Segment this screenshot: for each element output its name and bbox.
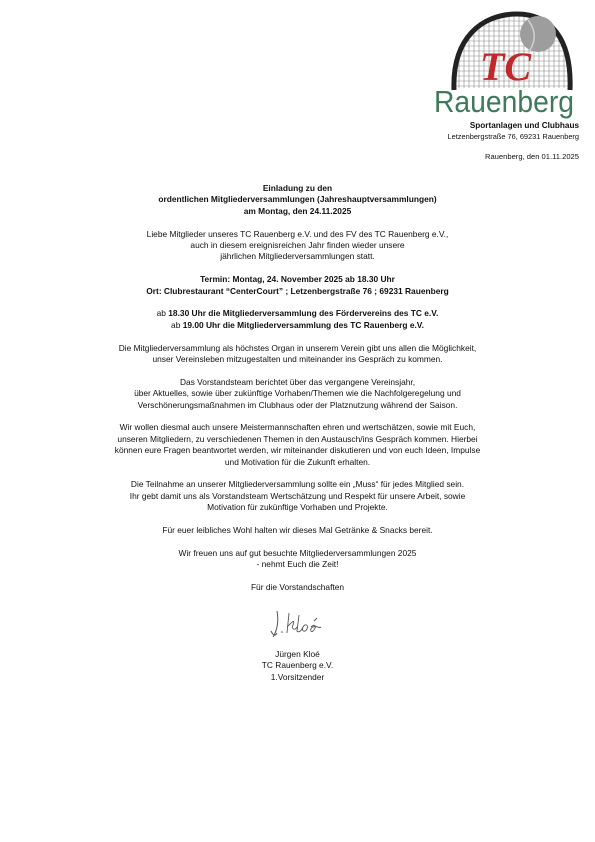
signatory: Jürgen Kloé TC Rauenberg e.V. 1.Vorsitze… (40, 649, 555, 683)
svg-text:Rauenberg: Rauenberg (434, 84, 574, 119)
body-paragraph: Die Mitgliederversammlung als höchstes O… (40, 343, 555, 366)
meeting-details: Termin: Montag, 24. November 2025 ab 18.… (40, 274, 555, 297)
meeting-schedule: ab 18.30 Uhr die Mitgliederversammlung d… (40, 308, 555, 331)
tennis-racket-logo-icon: TC Rauenberg (432, 8, 577, 120)
letter-title: Einladung zu den ordentlichen Mitglieder… (40, 183, 555, 217)
intro-paragraph: Liebe Mitglieder unseres TC Rauenberg e.… (40, 229, 555, 263)
body-paragraph: Die Teilnahme an unserer Mitgliederversa… (40, 479, 555, 513)
meeting-place: Ort: Clubrestaurant “CenterCourt” ; Letz… (40, 286, 555, 297)
body-paragraphs: Die Mitgliederversammlung als höchstes O… (40, 343, 555, 571)
letter-body: Einladung zu den ordentlichen Mitglieder… (40, 183, 555, 694)
club-info: Sportanlagen und Clubhaus Letzenbergstra… (448, 120, 579, 142)
body-paragraph: Für euer leibliches Wohl halten wir dies… (40, 525, 555, 536)
signatory-role: 1.Vorsitzender (40, 672, 555, 683)
signature-icon (263, 605, 333, 641)
club-address: Letzenbergstraße 76, 69231 Rauenberg (448, 131, 579, 142)
closing-greeting: Für die Vorstandschaften (40, 582, 555, 593)
schedule-item: ab 19.00 Uhr die Mitgliederversammlung d… (40, 320, 555, 331)
meeting-date: Termin: Montag, 24. November 2025 ab 18.… (40, 274, 555, 285)
schedule-item: ab 18.30 Uhr die Mitgliederversammlung d… (40, 308, 555, 319)
club-logo: TC Rauenberg (432, 8, 577, 120)
letter-date: Rauenberg, den 01.11.2025 (485, 152, 579, 161)
body-paragraph: Wir freuen uns auf gut besuchte Mitglied… (40, 548, 555, 571)
body-paragraph: Das Vorstandsteam berichtet über das ver… (40, 377, 555, 411)
signatory-name: Jürgen Kloé (40, 649, 555, 660)
body-paragraph: Wir wollen diesmal auch unsere Meisterma… (40, 422, 555, 468)
club-facility-line: Sportanlagen und Clubhaus (448, 120, 579, 131)
svg-text:TC: TC (480, 44, 532, 89)
signatory-org: TC Rauenberg e.V. (40, 660, 555, 671)
